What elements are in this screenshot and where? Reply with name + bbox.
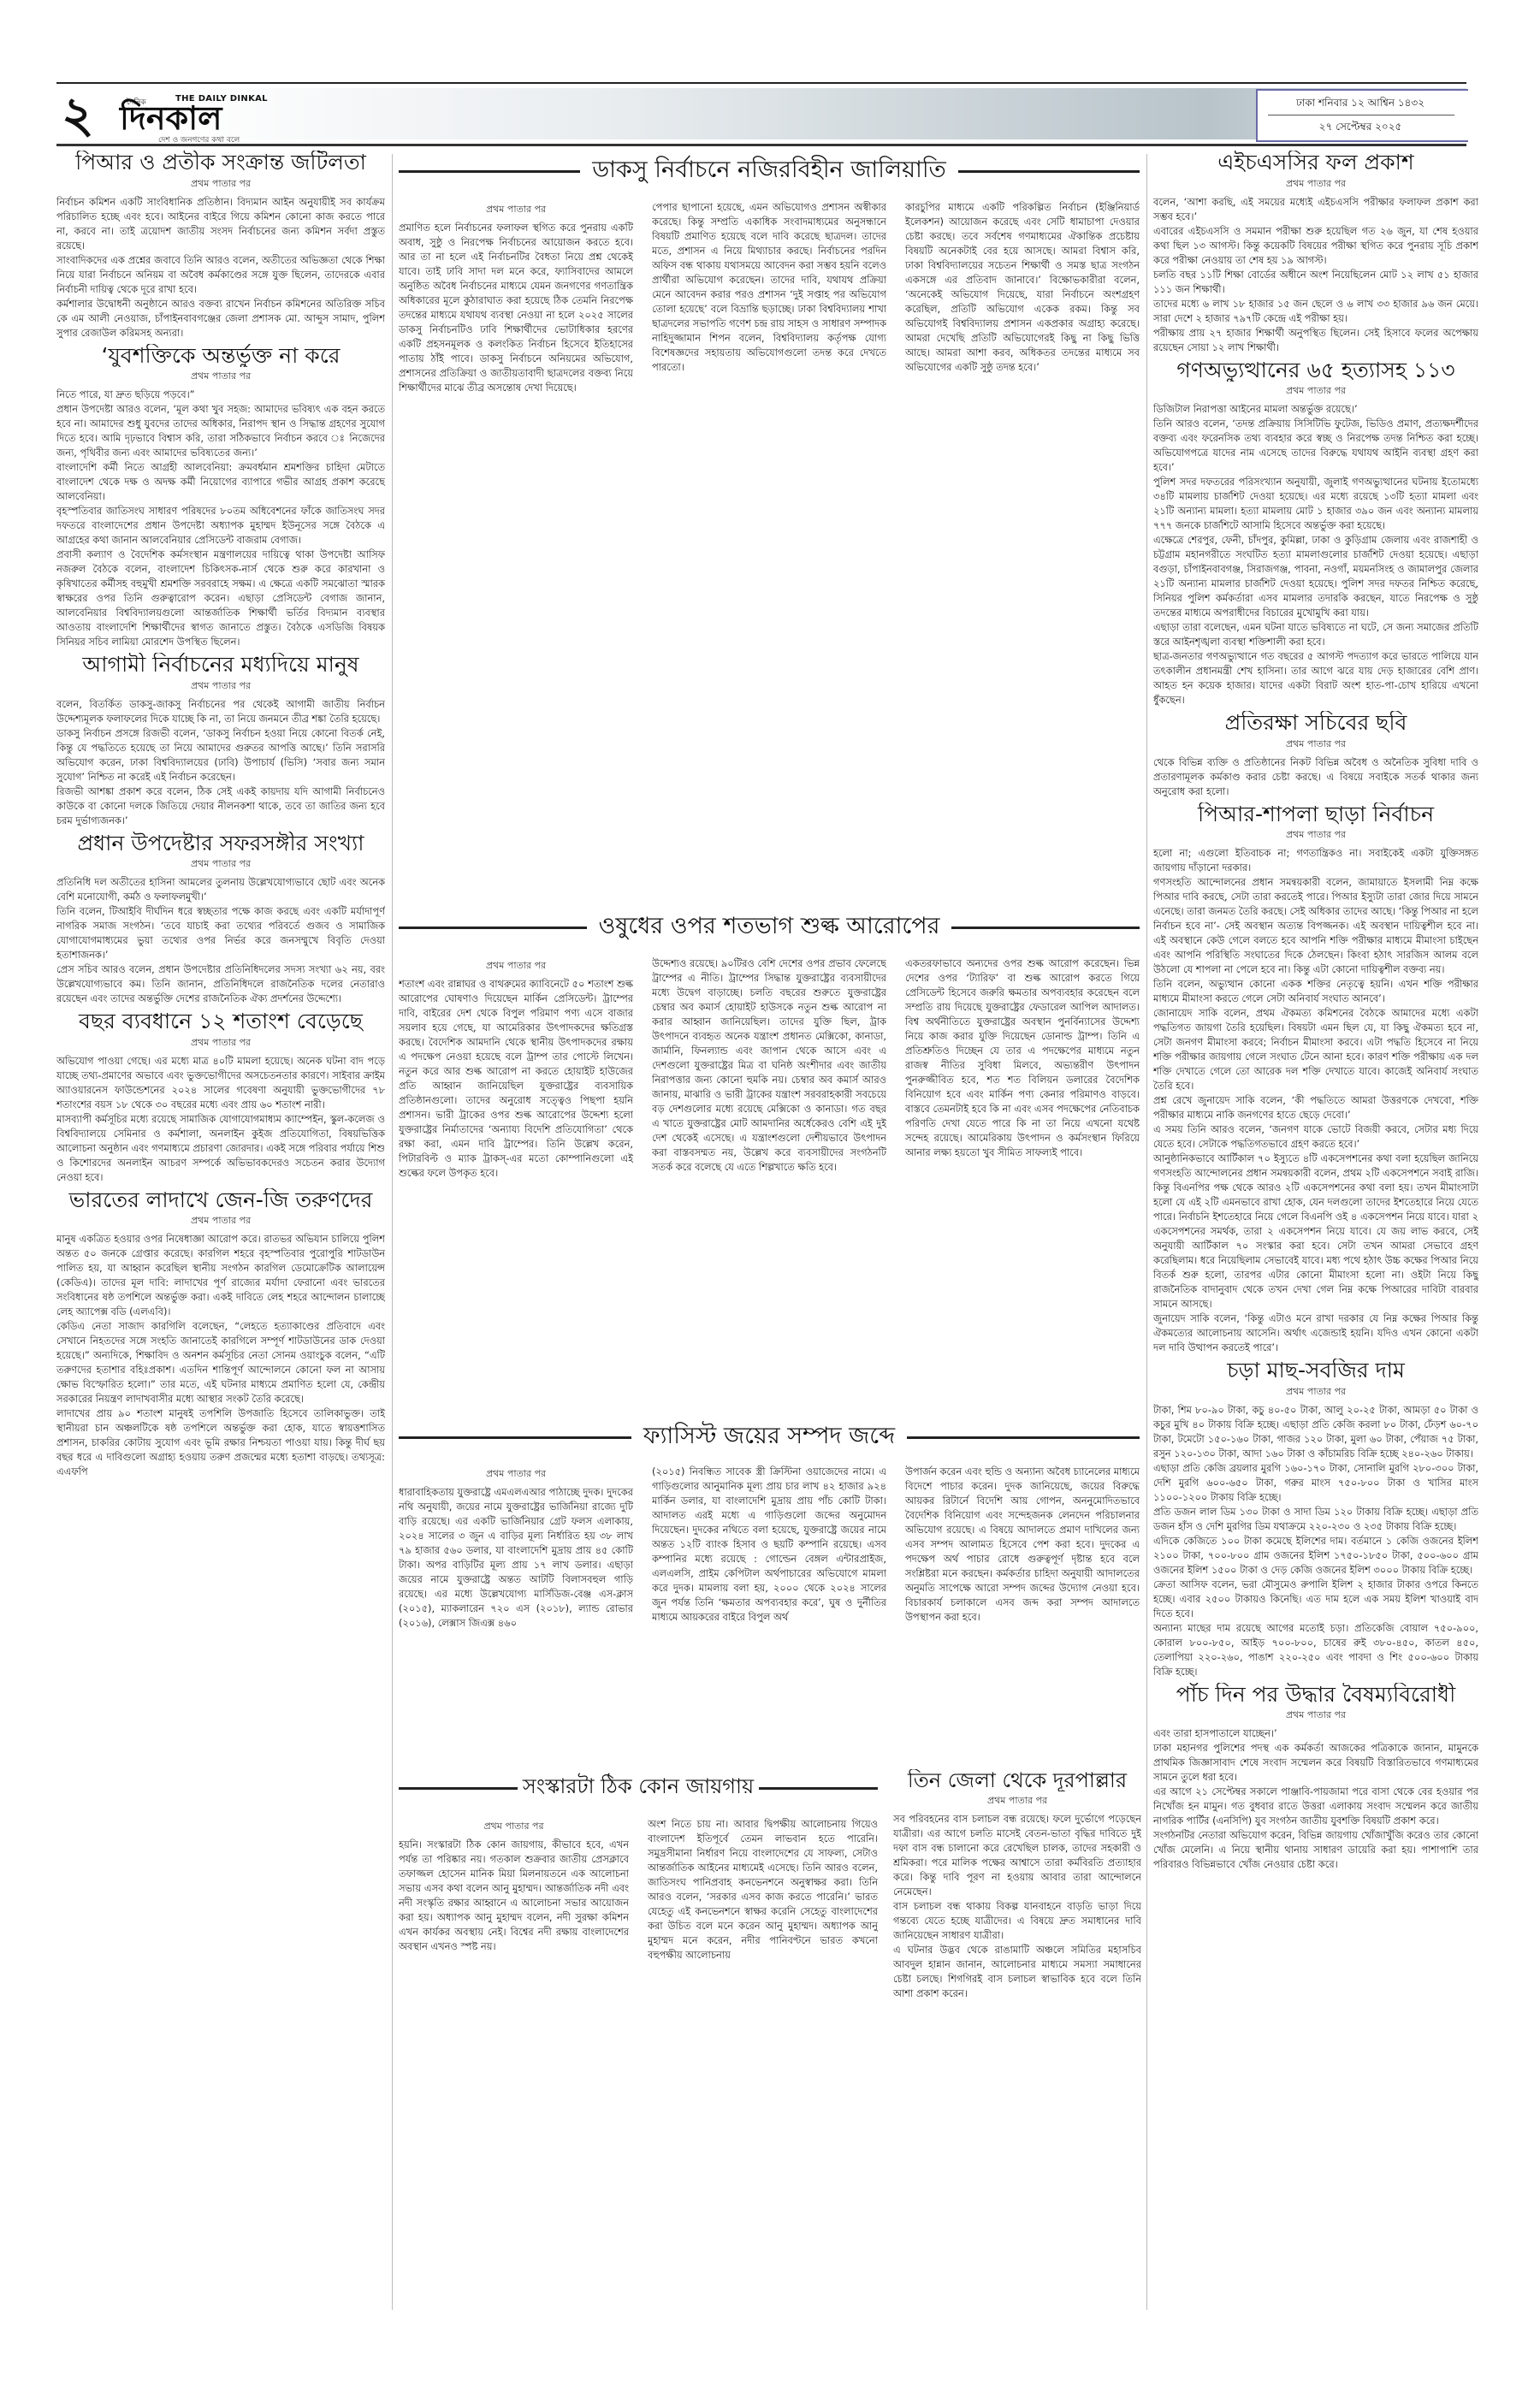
paragraph: কারচুপির মাধ্যমে একটি পরিকল্পিত নির্বাচন… [905,200,1140,375]
headline[interactable]: তিন জেলা থেকে দূরপাল্লার [893,1769,1141,1791]
sub-column: প্রথম পাতার পর প্রমাণিত হলে নির্বাচনের ফ… [399,200,633,893]
sub-column: একতরফাভাবে অন্যদের ওপর শুল্ক আরোপ করেছেন… [905,956,1140,1410]
article-joy-body: প্রথম পাতার পর ধারাবাহিকতায় যুক্তরাষ্ট্… [399,1465,1140,1756]
paragraph: অংশ নিতে চায় না। আবার দ্বিপক্ষীয় আলোচন… [648,1817,878,1963]
paragraph: ডাকসু নির্বাচন প্রসঙ্গে রিজভী বলেন, ‘ডাক… [56,726,385,785]
paragraph: প্রশ্ন রেখে জুনায়েদ সাকি বলেন, ‘কী পদ্ধ… [1153,1093,1478,1122]
paragraph: মানুষ একত্রিত হওয়ার ওপর নিষেধাজ্ঞা আরোপ… [56,1232,385,1319]
headline[interactable]: বছর ব্যবধানে ১২ শতাংশ বেড়েছে [56,1009,385,1033]
article-cyber-12-percent: বছর ব্যবধানে ১২ শতাংশ বেড়েছে প্রথম পাতা… [56,1009,385,1185]
right-column: এইচএসসির ফল প্রকাশ প্রথম পাতার পর বলেন, … [1153,151,1478,2324]
paragraph: এছাড়া প্রতি কেজি ব্রয়লার মুরগি ১৬০-১৭০… [1153,1461,1478,1505]
paragraph: সব পরিবহনের বাস চলাচল বন্ধ রয়েছে। ফলে দ… [893,1812,1141,1899]
paragraph: তিনি বলেন, অভ্যুত্থান কোনো একক শক্তির নে… [1153,977,1478,1006]
masthead-top-rule [56,82,1466,84]
article-long-distance-bus: তিন জেলা থেকে দূরপাল্লার প্রথম পাতার পর … [893,1769,1141,2325]
masthead-bottom-rule [56,144,1466,146]
headline-rule-left [399,170,580,173]
paragraph: এবং তারা হাসপাতালে যাচ্ছেন।’ [1153,1726,1478,1741]
paragraph: প্রতি ডজন লাল ডিম ১৩০ টাকা ও সাদা ডিম ১২… [1153,1505,1478,1534]
continued-label: প্রথম পাতার পর [56,1035,385,1051]
paragraph: শতাংশ এবং রান্নাঘর ও বাথরুমের ক্যাবিনেটে… [399,977,633,1181]
paragraph: তিনি বলেন, টিআইবি দীর্ঘদিন ধরে স্বচ্ছতার… [56,904,385,962]
headline-text: ডাকসু নির্বাচনে নজিরবিহীন জালিয়াতি [580,152,958,191]
paragraph: এছাড়া তারা বলেছেন, এমন ঘটনা যাতে ভবিষ্য… [1153,620,1478,649]
headline[interactable]: আগামী নির্বাচনের মধ্যদিয়ে মানুষ [56,653,385,677]
paragraph: ডিজিটাল নিরাপত্তা আইনের মামলা অন্তর্ভুক্… [1153,402,1478,417]
paragraph: বলেন, ‘আশা করছি, এই সময়ের মধ্যেই এইচএসস… [1153,195,1478,224]
paragraph: চলতি বছর ১১টি শিক্ষা বোর্ডের অধীনে অংশ ন… [1153,268,1478,297]
paragraph: উপার্জন করেন এবং হুন্ডি ও অন্যান্য অবৈধ … [905,1465,1140,1625]
date-english: ২৭ সেপ্টেম্বর ২০২৫ [1258,120,1463,137]
article-ladakh-genz: ভারতের লাদাখে জেন-জি তরুণদের প্রথম পাতার… [56,1188,385,1480]
paragraph: সাংবাদিকদের এক প্রশ্নের জবাবে তিনি আরও ব… [56,253,385,297]
paragraph: তাদের মধ্যে ৬ লাখ ১৮ হাজার ১৫ জন ছেলে ও … [1153,297,1478,326]
article-body: প্রতিনিধি দল অতীতের হাসিনা আমলের তুলনায়… [56,875,385,1006]
headline[interactable]: প্রধান উপদেষ্টার সফরসঙ্গীর সংখ্যা [56,832,385,856]
paragraph: প্রবাসী কল্যাণ ও বৈদেশিক কর্মসংস্থান মন্… [56,548,385,649]
article-ducsu-body: প্রথম পাতার পর প্রমাণিত হলে নির্বাচনের ফ… [399,200,1140,893]
paragraph: গণসংহতি আন্দোলনের প্রধান সমন্বয়কারী বলে… [1153,875,1478,977]
paragraph: ধারাবাহিকতায় যুক্তরাষ্ট্রে এমএলএআর পাঠা… [399,1485,633,1631]
sub-column: উদ্দেশ্যও রয়েছে। ৯০টিরও বেশি দেশের ওপর … [652,956,886,1410]
paragraph: এবারের এইচএসসি ও সমমান পরীক্ষা শুরু হয়ে… [1153,224,1478,268]
headline-rule-left [399,1436,631,1439]
headline-rule-right [759,1787,878,1790]
paragraph: সংগঠনটির নেতারা অভিযোগ করেন, বিভিন্ন জায… [1153,1828,1478,1872]
paragraph: একতরফাভাবে অন্যদের ওপর শুল্ক আরোপ করেছেন… [905,956,1140,1160]
headline[interactable]: ভারতের লাদাখে জেন-জি তরুণদের [56,1188,385,1212]
article-body: বলেন, ‘আশা করছি, এই সময়ের মধ্যেই এইচএসস… [1153,195,1478,355]
paragraph: এ ঘটনার উদ্ভব থেকে রাঙামাটি অঞ্চলে সমিতি… [893,1943,1141,2001]
article-next-election: আগামী নির্বাচনের মধ্যদিয়ে মানুষ প্রথম প… [56,653,385,828]
headline-rule-left [399,1787,518,1790]
headline[interactable]: পাঁচ দিন পর উদ্ধার বৈষম্যবিরোধী [1153,1683,1478,1707]
paragraph: এক্ষেত্রে শেরপুর, ফেনী, চাঁদপুর, কুমিল্ল… [1153,533,1478,620]
continued-label: প্রথম পাতার পর [1153,383,1478,400]
date-box: ঢাকা শনিবার ১২ আশ্বিন ১৪৩২ ২৭ সেপ্টেম্বর… [1256,89,1468,142]
paragraph: রিজভী আশঙ্কা প্রকাশ করে বলেন, ঠিক সেই এক… [56,785,385,828]
continued-label: প্রথম পাতার পর [56,369,385,385]
paragraph: হলো না; এগুলো ইতিবাচক না; গণতান্ত্রিকও ন… [1153,846,1478,875]
paragraph: জুনায়েদ সাকি বলেন, ‘কিন্তু এটাও মনে রাখ… [1153,1311,1478,1355]
headline-text: ওষুধের ওপর শতভাগ শুল্ক আরোপের [587,909,952,947]
sub-column: অংশ নিতে চায় না। আবার দ্বিপক্ষীয় আলোচন… [648,1817,878,2330]
article-uprising-cases: গণঅভ্যুত্থানের ৬৫ হত্যাসহ ১১৩ প্রথম পাতা… [1153,358,1478,708]
headline[interactable]: এইচএসসির ফল প্রকাশ [1153,151,1478,175]
paragraph: অভিযোগ পাওয়া গেছে। এর মধ্যে মাত্র ৪০টি … [56,1054,385,1112]
paragraph: থেকে বিভিন্ন ব্যক্তি ও প্রতিষ্ঠানের নিকট… [1153,755,1478,799]
paragraph: জোনায়েদ সাকি বলেন, প্রথম ঐকমত্য কমিশনের… [1153,1006,1478,1093]
left-column: পিআর ও প্রতীক সংক্রান্ত জটিলতা প্রথম পাত… [56,151,385,2324]
article-body: সব পরিবহনের বাস চলাচল বন্ধ রয়েছে। ফলে দ… [893,1812,1141,2001]
paragraph: এ সময় তিনি আরও বলেন, ‘জনগণ যাকে ভোটে বি… [1153,1122,1478,1152]
sub-column: প্রথম পাতার পর শতাংশ এবং রান্নাঘর ও বাথর… [399,956,633,1410]
headline-text: ফ্যাসিস্ট জয়ের সম্পদ জব্দে [631,1418,907,1457]
continued-label: প্রথম পাতার পর [1153,1708,1478,1724]
paragraph: প্রতিনিধি দল অতীতের হাসিনা আমলের তুলনায়… [56,875,385,904]
page-number: ২ [62,89,94,140]
paragraph: ঢাকা মহানগর পুলিশের পদস্থ এক কর্মকর্তা আ… [1153,1741,1478,1785]
sub-column: কারচুপির মাধ্যমে একটি পরিকল্পিত নির্বাচন… [905,200,1140,893]
article-body: অভিযোগ পাওয়া গেছে। এর মধ্যে মাত্র ৪০টি … [56,1054,385,1185]
paragraph: বৃহস্পতিবার জাতিসংঘ সাধারণ পরিষদের ৮০তম … [56,504,385,548]
headline-ducsu[interactable]: ডাকসু নির্বাচনে নজিরবিহীন জালিয়াতি [399,154,1140,188]
paragraph: টাকা, শিম ৮০-৯০ টাকা, কচু ৪০-৫০ টাকা, আল… [1153,1403,1478,1461]
continued-label: প্রথম পাতার পর [1153,1384,1478,1400]
continued-label: প্রথম পাতার পর [1153,176,1478,192]
paragraph: হয়নি। সংস্কারটা ঠিক কোন জায়গায়, কীভাব… [399,1838,629,1954]
headline[interactable]: পিআর-শাপলা ছাড়া নির্বাচন [1153,802,1478,826]
paragraph: (২০১৫) নিবন্ধিত সাবেক স্ত্রী ক্রিস্টিনা … [652,1465,886,1625]
headline[interactable]: গণঅভ্যুত্থানের ৬৫ হত্যাসহ ১১৩ [1153,358,1478,382]
paragraph: প্রেস সচিব আরও বলেন, প্রধান উপদেষ্টার প্… [56,962,385,1006]
paragraph: মাসব্যাপী কর্মসূচির মধ্যে রয়েছে সামাজিক… [56,1112,385,1185]
paragraph: লাদাখের প্রায় ৯০ শতাংশ মানুষই তপশিলি উপ… [56,1406,385,1479]
column-divider [392,154,393,2310]
sub-column: উপার্জন করেন এবং হুন্ডি ও অন্যান্য অবৈধ … [905,1465,1140,1756]
headline-joy-assets[interactable]: ফ্যাসিস্ট জয়ের সম্পদ জব্দে [399,1420,1140,1454]
sub-column: পেপার ছাপানো হয়েছে, এমন অভিযোগও প্রশাসন… [652,200,886,893]
article-delegation-size: প্রধান উপদেষ্টার সফরসঙ্গীর সংখ্যা প্রথম … [56,832,385,1007]
paragraph: নিতে পারে, যা দ্রুত ছড়িয়ে পড়বে।” [56,388,385,402]
paragraph: ক্রেতা আসিফ বলেন, ভরা মৌসুমেও রুপালি ইলি… [1153,1578,1478,1621]
newspaper-page: ২ দৈনিক THE DAILY DINKAL দিনকাল দেশ ও জন… [0,0,1540,2392]
continued-label: প্রথম পাতার পর [399,958,633,974]
sub-column: প্রথম পাতার পর ধারাবাহিকতায় যুক্তরাষ্ট্… [399,1465,633,1756]
paragraph: নির্বাচন কমিশন একটি সাংবিধানিক প্রতিষ্ঠা… [56,195,385,253]
headline-rule-right [958,170,1140,173]
paragraph: পেপার ছাপানো হয়েছে, এমন অভিযোগও প্রশাসন… [652,200,886,375]
paragraph: কেডিএ নেতা সাজাদ কারগিলি বলেছেন, “লেহতে … [56,1319,385,1406]
article-body: নির্বাচন কমিশন একটি সাংবিধানিক প্রতিষ্ঠা… [56,195,385,340]
continued-label: প্রথম পাতার পর [399,1466,633,1483]
logo-bangla-name: দিনকাল [120,101,222,135]
article-hsc-results: এইচএসসির ফল প্রকাশ প্রথম পাতার পর বলেন, … [1153,151,1478,355]
continued-label: প্রথম পাতার পর [56,176,385,192]
article-rescued-after-five-days: পাঁচ দিন পর উদ্ধার বৈষম্যবিরোধী প্রথম পা… [1153,1683,1478,1873]
headline[interactable]: চড়া মাছ-সবজির দাম [1153,1359,1478,1383]
paragraph: পরীক্ষায় প্রায় ২৭ হাজার শিক্ষার্থী অনু… [1153,326,1478,355]
paragraph: কর্মশালার উদ্বোধনী অনুষ্ঠানে আরও বক্তব্য… [56,297,385,340]
article-tariff-body: প্রথম পাতার পর শতাংশ এবং রান্নাঘর ও বাথর… [399,956,1140,1410]
headline-text: সংস্কারটা ঠিক কোন জায়গায় [518,1771,759,1805]
paragraph: উদ্দেশ্যও রয়েছে। ৯০টিরও বেশি দেশের ওপর … [652,956,886,1175]
article-fish-veg-prices: চড়া মাছ-সবজির দাম প্রথম পাতার পর টাকা, … [1153,1359,1478,1679]
headline-reform[interactable]: সংস্কারটা ঠিক কোন জায়গায় [399,1771,878,1805]
article-body: হলো না; এগুলো ইতিবাচক না; গণতান্ত্রিকও ন… [1153,846,1478,1355]
paragraph: পুলিশ সদর দফতরের পরিসংখ্যান অনুযায়ী, জু… [1153,475,1478,533]
paragraph: তিনি আরও বলেন, ‘তদন্ত প্রক্রিয়ায় সিসিট… [1153,417,1478,475]
newspaper-logo[interactable]: দৈনিক THE DAILY DINKAL দিনকাল দেশ ও জনগণ… [115,86,287,144]
article-body: থেকে বিভিন্ন ব্যক্তি ও প্রতিষ্ঠানের নিকট… [1153,755,1478,799]
article-body: ডিজিটাল নিরাপত্তা আইনের মামলা অন্তর্ভুক্… [1153,402,1478,708]
article-body: এবং তারা হাসপাতালে যাচ্ছেন।’ ঢাকা মহানগর… [1153,1726,1478,1872]
article-body: টাকা, শিম ৮০-৯০ টাকা, কচু ৪০-৫০ টাকা, আল… [1153,1403,1478,1679]
article-pr-shapla: পিআর-শাপলা ছাড়া নির্বাচন প্রথম পাতার পর… [1153,802,1478,1356]
paragraph: এর আগে ২১ সেপ্টেম্বর সকালে পাঞ্জাবি-পায়… [1153,1785,1478,1828]
headline[interactable]: প্রতিরক্ষা সচিবের ছবি [1153,711,1478,735]
column-divider [1146,154,1147,2310]
date-bangla: ঢাকা শনিবার ১২ আশ্বিন ১৪৩২ [1258,96,1463,113]
continued-label: প্রথম পাতার পর [893,1793,1141,1809]
continued-label: প্রথম পাতার পর [399,202,633,218]
headline[interactable]: ‘যুবশক্তিকে অন্তর্ভুক্ত না করে [56,344,385,368]
paragraph: বলেন, বিতর্কিত ডাকসু-জাকসু নির্বাচনের পর… [56,697,385,726]
continued-label: প্রথম পাতার পর [1153,737,1478,753]
paragraph: ছাত্র-জনতার গণঅভ্যুত্থানে গত বছরের ৫ আগস… [1153,649,1478,708]
date-separator [1268,115,1454,115]
headline-rule-right [907,1436,1140,1439]
paragraph: বাস চলাচল বন্ধ থাকায় বিকল্প যানবাহনে বা… [893,1899,1141,1943]
article-pr-symbol: পিআর ও প্রতীক সংক্রান্ত জটিলতা প্রথম পাত… [56,151,385,340]
paragraph: প্রধান উপদেষ্টা আরও বলেন, ‘মূল কথা খুব স… [56,402,385,460]
continued-label: প্রথম পাতার পর [56,678,385,695]
headline-drug-tariff[interactable]: ওষুধের ওপর শতভাগ শুল্ক আরোপের [399,910,1140,944]
sub-column: (২০১৫) নিবন্ধিত সাবেক স্ত্রী ক্রিস্টিনা … [652,1465,886,1756]
article-body: নিতে পারে, যা দ্রুত ছড়িয়ে পড়বে।” প্রধ… [56,388,385,649]
paragraph: অন্যান্য মাছের দাম রয়েছে আগের মতোই চড়া… [1153,1621,1478,1679]
article-defense-secretary-photo: প্রতিরক্ষা সচিবের ছবি প্রথম পাতার পর থেক… [1153,711,1478,799]
article-body: মানুষ একত্রিত হওয়ার ওপর নিষেধাজ্ঞা আরোপ… [56,1232,385,1479]
sub-column: প্রথম পাতার পর হয়নি। সংস্কারটা ঠিক কোন … [399,1817,629,2330]
headline-rule-right [951,927,1140,929]
article-youth-power: ‘যুবশক্তিকে অন্তর্ভুক্ত না করে প্রথম পাত… [56,344,385,650]
paragraph: এদিকে কেজিতে ১০০ টাকা কমেছে ইলিশের দাম। … [1153,1534,1478,1578]
paragraph: আনুষ্ঠানিকভাবে আর্টিকাল ৭০ ইস্যুতে ৪টি এ… [1153,1152,1478,1311]
continued-label: প্রথম পাতার পর [1153,827,1478,844]
article-body: বলেন, বিতর্কিত ডাকসু-জাকসু নির্বাচনের পর… [56,697,385,828]
paragraph: প্রমাণিত হলে নির্বাচনের ফলাফল স্থগিত করে… [399,221,633,395]
headline-rule-left [399,927,587,929]
continued-label: প্রথম পাতার পর [56,1213,385,1229]
continued-label: প্রথম পাতার পর [399,1819,629,1835]
continued-label: প্রথম পাতার পর [56,856,385,873]
article-reform-body: প্রথম পাতার পর হয়নি। সংস্কারটা ঠিক কোন … [399,1817,878,2330]
headline[interactable]: পিআর ও প্রতীক সংক্রান্ত জটিলতা [56,151,385,175]
paragraph: বাংলাদেশি কর্মী নিতে আগ্রহী আলবেনিয়া: ক… [56,460,385,504]
